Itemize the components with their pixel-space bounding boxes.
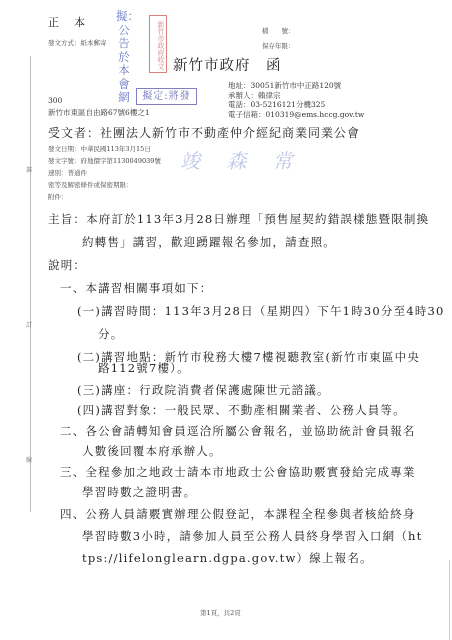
blue-approval-stamp: 擬：公告於本會網 [116,10,132,105]
item-4-line-2: 學習時數3小時，請參加人員至公務人員終身學習入口網（ht [82,528,422,544]
purple-draft-stamp: 擬定:將發 [136,88,197,105]
issue-date: 發文日期：中華民國113年3月15日 [48,144,151,153]
contact-phone: 電話：03-5216121分機325 [228,100,364,110]
page-indicator: 第1頁，共2頁 [200,608,241,617]
copy-type: 正 本 [48,14,87,30]
binding-margin-line [30,56,31,512]
speed-level: 速別：普通件 [48,168,87,177]
document-number: 發文字號：府地價字第1130049039號 [48,156,161,165]
recipient-line: 受文者：社團法人新竹市不動產仲介經紀商業同業公會 [48,124,360,141]
item-1-2-line-2: 路112號7樓）。 [98,360,190,376]
item-4-line-3[interactable]: tps://lifelonglearn.dgpa.gov.tw）線上報名。 [82,550,373,566]
item-3-line-1: 三、全程參加之地政士請本市地政士公會協助覈實發給完成專業 [60,464,416,480]
explanation-label: 說明： [48,257,86,273]
contact-email[interactable]: 電子信箱：010319@ems.hccg.gov.tw [228,110,364,120]
item-1-4: (四)講習對象：一般民眾、不動產相關業者、公務人員等。 [77,402,406,418]
classification: 密等及解密條件或保密期限： [48,180,133,189]
item-1-1-line-2: 分。 [98,326,123,342]
handwritten-signature: 竣 森 常 [180,145,370,171]
document-title: 新竹市政府 函 [173,54,282,75]
recipient-address: 新竹市東區自由路67號6樓之1 [48,107,150,118]
recipient-zip: 300 [48,96,62,105]
binding-label-xian: 線 [26,455,32,464]
file-number-label: 檔 號： [262,26,295,35]
page-edge-line [449,560,450,640]
binding-label-ding: 訂 [26,320,32,329]
contact-block: 地址：30051新竹市中正路120號 承辦人：賴律宗 電話：03-5216121… [228,81,364,119]
subject-line-1: 主旨：本府訂於113年3月28日辦理「預售屋契約錯誤樣態暨限制換 [48,211,429,227]
item-2-line-1: 二、各公會請轉知會員逕洽所屬公會報名，並協助統計會員報名 [60,423,416,439]
send-method: 發文方式：紙本郵寄 [48,38,107,47]
retention-label: 保存年限： [262,41,295,50]
item-1: 一、本講習相關事項如下： [60,280,212,296]
red-receipt-seal: 新竹市政府收文 [149,15,167,73]
subject-line-2: 約轉售」講習，歡迎踴躍報名參加，請查照。 [82,234,336,250]
item-3-line-2: 學習時數之證明書。 [82,484,196,500]
item-1-3: (三)講座：行政院消費者保護處陳世元諮議。 [77,382,330,398]
attachment: 附件： [48,192,68,201]
item-2-line-2: 人數後回覆本府承辦人。 [82,443,222,459]
item-4-line-1: 四、公務人員請覈實辦理公假登記，本課程全程參與者核給終身 [60,506,416,522]
item-1-1-line-1: (一)講習時間：113年3月28日（星期四）下午1時30分至4時30 [77,303,445,319]
binding-label-zhuang: 裝 [26,165,32,174]
contact-handler: 承辦人：賴律宗 [228,91,364,101]
contact-address: 地址：30051新竹市中正路120號 [228,81,364,91]
